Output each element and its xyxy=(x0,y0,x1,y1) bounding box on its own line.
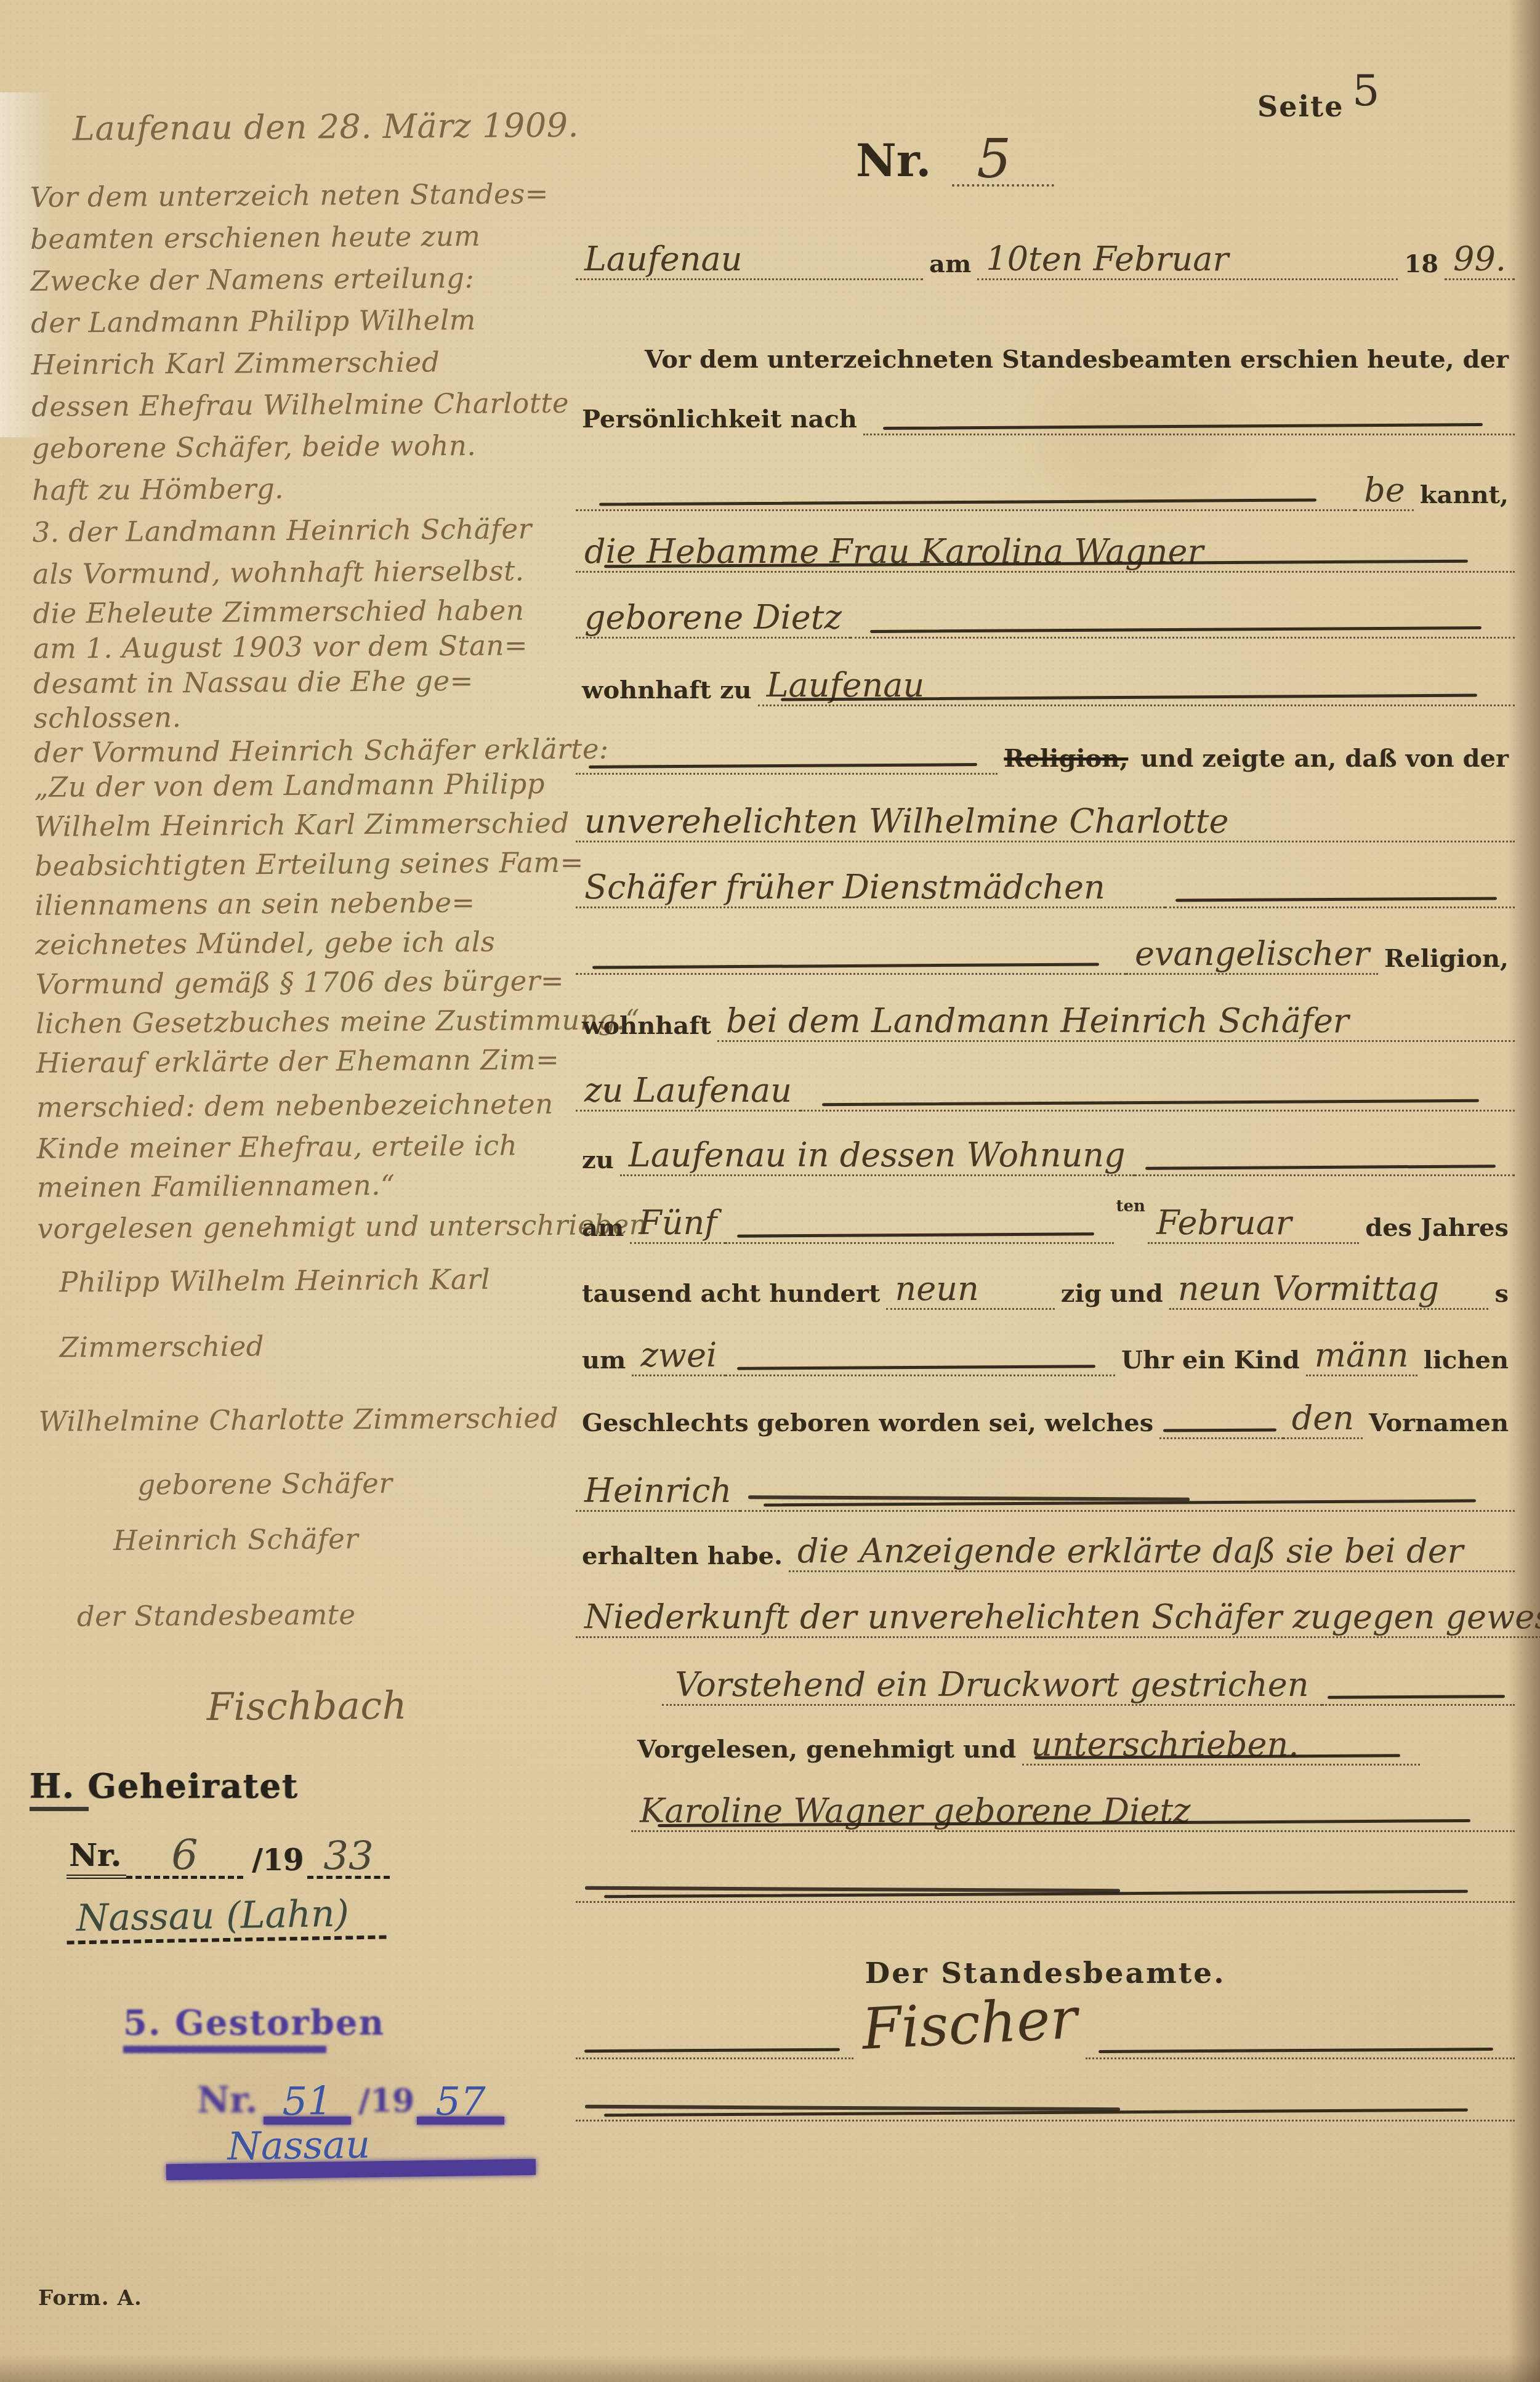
marginal-note-line: Fischbach xyxy=(207,1687,408,1726)
form-line: Vorstehend ein Druckwort gestrichen xyxy=(576,1654,1515,1706)
handwritten-entry: Laufenau xyxy=(758,668,1515,706)
death-stamp-title: 5. Gestorben xyxy=(123,2003,536,2053)
page-side-number: 5 xyxy=(1352,65,1380,116)
marginal-note-line: Vor dem unterzeich neten Standes= xyxy=(30,180,549,211)
marginal-note-line: Wilhelm Heinrich Karl Zimmerschied xyxy=(34,809,570,841)
form-line: Karoline Wagner geborene Dietz xyxy=(576,1780,1515,1832)
printed-text: Vorgelesen, genehmigt und xyxy=(631,1737,1022,1766)
marginal-note-line: Vormund gemäß § 1706 des bürger= xyxy=(35,967,564,998)
marriage-stamp-year-value: 33 xyxy=(307,1838,389,1879)
document-page: Seite 5 Nr. 5 Laufenau den 28. März 1909… xyxy=(0,0,1540,2382)
form-line: unverehelichten Wilhelmine Charlotte xyxy=(576,791,1515,842)
printed-text: Uhr ein Kind xyxy=(1115,1348,1306,1376)
marriage-stamp-nr-label: Nr. xyxy=(67,1837,126,1879)
printed-text: zig und xyxy=(1055,1282,1169,1310)
handwritten-entry: die Hebamme Frau Karolina Wagner xyxy=(576,535,1515,573)
handwritten-entry: Februar xyxy=(1148,1206,1359,1244)
marginal-note-line: Wilhelmine Charlotte Zimmerschied xyxy=(38,1404,558,1435)
form-line xyxy=(576,2070,1515,2122)
form-line: Heinrich xyxy=(576,1460,1515,1512)
form-line: bekannt, xyxy=(576,459,1515,511)
ruled-blank xyxy=(1159,1424,1283,1439)
handwritten-entry: Laufenau in dessen Wohnung xyxy=(620,1138,1134,1176)
ruled-blank xyxy=(850,623,1515,639)
marginal-note-line: haft zu Hömberg. xyxy=(32,475,284,504)
spacer xyxy=(576,369,639,376)
marginal-note-line: dessen Ehefrau Wilhelmine Charlotte xyxy=(31,389,569,421)
printed-text: Geschlechts geboren worden sei, welches xyxy=(576,1411,1159,1439)
ruled-blank xyxy=(725,1361,1115,1376)
form-line: Persönlichkeit nach xyxy=(576,384,1515,435)
form-line: Vorgelesen, genehmigt undunterschrieben. xyxy=(576,1714,1515,1766)
ruled-blank xyxy=(863,420,1515,435)
marriage-stamp-title: H. Geheiratet xyxy=(30,1766,390,1811)
marginal-note-line: Zimmerschied xyxy=(60,1332,265,1361)
printed-text: zu xyxy=(576,1148,620,1176)
printed-text: Vornamen xyxy=(1363,1411,1515,1439)
marginal-note-line: meinen Familiennamen.“ xyxy=(37,1171,395,1201)
death-stamp-nr-value: 51 xyxy=(264,2083,350,2121)
handwritten-entry: 10ten Februar xyxy=(977,242,1398,280)
form-line: wohnhaftbei dem Landmann Heinrich Schäfe… xyxy=(576,990,1515,1042)
ruled-blank xyxy=(740,1496,1515,1512)
marginal-note-line: geborene Schäfer xyxy=(137,1469,392,1499)
marriage-stamp-place: Nassau (Lahn) xyxy=(66,1894,386,1944)
ruled-blank xyxy=(576,2044,853,2059)
form-line: amFünftenFebruardes Jahres xyxy=(576,1192,1515,1244)
marginal-note-line: iliennamens an sein nebenbe= xyxy=(35,889,475,919)
death-stamp: 5. Gestorben Nr. 51 /19 57 Nassau xyxy=(123,2003,536,2178)
ruled-blank xyxy=(576,496,1355,511)
printed-text: Religion, xyxy=(1378,947,1515,975)
marginal-note-line: schlossen. xyxy=(33,703,181,732)
marginal-note-line: die Eheleute Zimmerschied haben xyxy=(33,596,524,628)
handwritten-entry: neun Vormittag xyxy=(1169,1272,1489,1310)
marginal-note-line: geborene Schäfer, beide wohn. xyxy=(31,432,476,462)
form-line: Vor dem unterzeichneten Standesbeamten e… xyxy=(576,324,1515,376)
marginal-note-line: Kinde meiner Ehefrau, erteile ich xyxy=(36,1131,517,1162)
handwritten-entry: evangelischer xyxy=(1126,937,1378,975)
form-line: die Hebamme Frau Karolina Wagner xyxy=(576,521,1515,573)
form-identifier: Form. A. xyxy=(38,2286,142,2311)
printed-text: tausend acht hundert xyxy=(576,1282,886,1310)
form-line: evangelischerReligion, xyxy=(576,923,1515,975)
death-stamp-place-bar: Nassau xyxy=(166,2159,536,2180)
marginal-note-line: Zwecke der Namens erteilung: xyxy=(31,264,475,295)
handwritten-entry: Laufenau xyxy=(576,242,923,280)
handwritten-entry: 99. xyxy=(1445,242,1515,280)
printed-text: um xyxy=(576,1348,632,1376)
handwritten-entry: unterschrieben. xyxy=(1022,1727,1419,1766)
marginal-note-line: Heinrich Schäfer xyxy=(113,1525,359,1554)
marriage-stamp: H. Geheiratet Nr. 6 /19 33 Nassau (Lahn) xyxy=(30,1766,390,1942)
marginal-note-line: 3. der Landmann Heinrich Schäfer xyxy=(32,515,531,546)
handwritten-entry: bei dem Landmann Heinrich Schäfer xyxy=(717,1004,1515,1042)
printed-text: kannt, xyxy=(1414,483,1515,511)
handwritten-entry: die Anzeigende erklärte daß sie bei der xyxy=(789,1534,1515,1572)
death-stamp-nr-label: Nr. xyxy=(197,2079,264,2121)
marginal-note-line: der Landmann Philipp Wilhelm xyxy=(31,306,476,337)
printed-text: am xyxy=(576,1216,630,1244)
handwritten-entry: unverehelichten Wilhelmine Charlotte xyxy=(576,804,1515,842)
form-line: Laufenauam10ten Februar1899. xyxy=(576,228,1515,280)
handwritten-entry: neun xyxy=(886,1272,1054,1310)
ruled-blank xyxy=(576,1887,1515,1903)
page-side-label: Seite xyxy=(1257,90,1344,123)
marginal-note-line: als Vormund, wohnhaft hierselbst. xyxy=(33,557,525,588)
death-stamp-place: Nassau xyxy=(227,2126,371,2166)
printed-text: am xyxy=(923,252,977,280)
form-line: Geschlechts geboren worden sei, welchesd… xyxy=(576,1387,1515,1439)
printed-text: wohnhaft zu xyxy=(576,678,758,706)
printed-text: wohnhaft xyxy=(576,1014,717,1042)
printed-text: und zeigte an, daß von der xyxy=(1134,746,1515,775)
ruled-blank xyxy=(576,759,998,775)
ruled-blank xyxy=(576,959,1126,975)
handwritten-entry: geborene Dietz xyxy=(576,600,850,639)
page-edge-shadow xyxy=(0,2355,1540,2382)
ruled-blank xyxy=(576,2106,1515,2122)
marginal-note-line: Heinrich Karl Zimmerschied xyxy=(31,348,440,379)
marginal-note-line: „Zu der von dem Landmann Philipp xyxy=(34,770,545,801)
handwritten-entry: Heinrich xyxy=(576,1474,740,1512)
death-stamp-number-row: Nr. 51 /19 57 xyxy=(197,2079,536,2121)
printed-text: Persönlichkeit nach xyxy=(576,407,863,435)
printed-text: 18 xyxy=(1398,252,1445,280)
marginal-note-line: am 1. August 1903 vor dem Stan= xyxy=(33,631,528,663)
death-stamp-year-value: 57 xyxy=(417,2083,504,2121)
marginal-note-line: Laufenau den 28. März 1909. xyxy=(73,109,579,146)
printed-text: Vor dem unterzeichneten Standesbeamten e… xyxy=(639,347,1515,376)
marriage-stamp-nr-value: 6 xyxy=(126,1836,243,1879)
handwritten-entry: zu Laufenau xyxy=(576,1073,800,1112)
marriage-stamp-number-row: Nr. 6 /19 33 xyxy=(67,1836,390,1879)
form-line: umzweiUhr ein Kindmännlichen xyxy=(576,1325,1515,1376)
form-line xyxy=(576,1851,1515,1903)
marginal-note-line: merschied: dem nebenbezeichneten xyxy=(36,1090,554,1121)
spacer xyxy=(576,1700,662,1706)
handwritten-entry: Fünf xyxy=(630,1206,725,1244)
printed-text: des Jahres xyxy=(1359,1216,1515,1244)
record-number-value: 5 xyxy=(952,134,1054,187)
ruled-blank xyxy=(1134,1161,1515,1176)
marginal-note-line: lichen Gesetzbuches meine Zustimmung.“ xyxy=(36,1006,640,1038)
printed-text: lichen xyxy=(1417,1348,1515,1376)
printed-superscript: ten xyxy=(1114,1197,1148,1244)
form-line: wohnhaft zuLaufenau xyxy=(576,655,1515,706)
handwritten-entry: Niederkunft der unverehelichten Schäfer … xyxy=(576,1600,1540,1638)
printed-text: erhalten habe. xyxy=(576,1544,789,1572)
form-line: erhalten habe.die Anzeigende erklärte da… xyxy=(576,1520,1515,1572)
form-line: zu Laufenau xyxy=(576,1060,1515,1112)
page-edge-shadow xyxy=(1508,0,1540,2382)
marginal-note-line: der Standesbeamte xyxy=(77,1601,356,1630)
form-line: Niederkunft der unverehelichten Schäfer … xyxy=(576,1586,1515,1638)
marginal-note-line: der Vormund Heinrich Schäfer erklärte: xyxy=(34,735,609,767)
printed-text: Religion, xyxy=(998,746,1134,775)
form-line: zuLaufenau in dessen Wohnung xyxy=(576,1124,1515,1176)
ruled-blank xyxy=(725,1229,1113,1244)
handwritten-entry: Karoline Wagner geborene Dietz xyxy=(631,1794,1515,1832)
handwritten-entry: zwei xyxy=(632,1338,725,1376)
form-line: geborene Dietz xyxy=(576,587,1515,639)
spacer xyxy=(576,1826,631,1832)
marginal-note-line: vorgelesen genehmigt und unterschrieben xyxy=(37,1211,647,1243)
handwritten-entry: Fischer xyxy=(852,1989,1087,2065)
form-line: tausend acht hundertneunzig undneun Vorm… xyxy=(576,1258,1515,1310)
handwritten-entry: den xyxy=(1283,1401,1363,1439)
form-line: Religion,und zeigte an, daß von der xyxy=(576,723,1515,775)
marginal-note-line: Philipp Wilhelm Heinrich Karl xyxy=(59,1266,490,1296)
record-number: Nr. 5 xyxy=(856,134,1054,187)
spacer xyxy=(576,1759,631,1766)
marriage-stamp-year-prefix: /19 xyxy=(243,1843,307,1879)
marginal-note-line: beabsichtigten Erteilung seines Fam= xyxy=(34,849,584,880)
marginal-note-line: beamten erschienen heute zum xyxy=(30,222,481,253)
handwritten-entry: männ xyxy=(1306,1338,1417,1376)
record-number-label: Nr. xyxy=(856,134,952,187)
handwritten-entry: Schäfer früher Dienstmädchen xyxy=(576,870,1165,908)
ruled-blank xyxy=(1086,2044,1515,2059)
marginal-note-line: zeichnetes Mündel, gebe ich als xyxy=(35,928,495,959)
ruled-blank xyxy=(1322,1690,1515,1706)
form-line: Schäfer früher Dienstmädchen xyxy=(576,857,1515,908)
marginal-note-line: Hierauf erklärte der Ehemann Zim= xyxy=(36,1046,559,1077)
handwritten-entry: be xyxy=(1355,473,1414,511)
form-line: Fischer xyxy=(576,1983,1515,2059)
marginal-note-line: desamt in Nassau die Ehe ge= xyxy=(33,667,474,698)
handwritten-entry: Vorstehend ein Druckwort gestrichen xyxy=(662,1668,1322,1706)
death-stamp-year-prefix: /19 xyxy=(351,2082,417,2121)
ruled-blank xyxy=(800,1096,1515,1112)
ruled-blank xyxy=(1165,893,1515,908)
